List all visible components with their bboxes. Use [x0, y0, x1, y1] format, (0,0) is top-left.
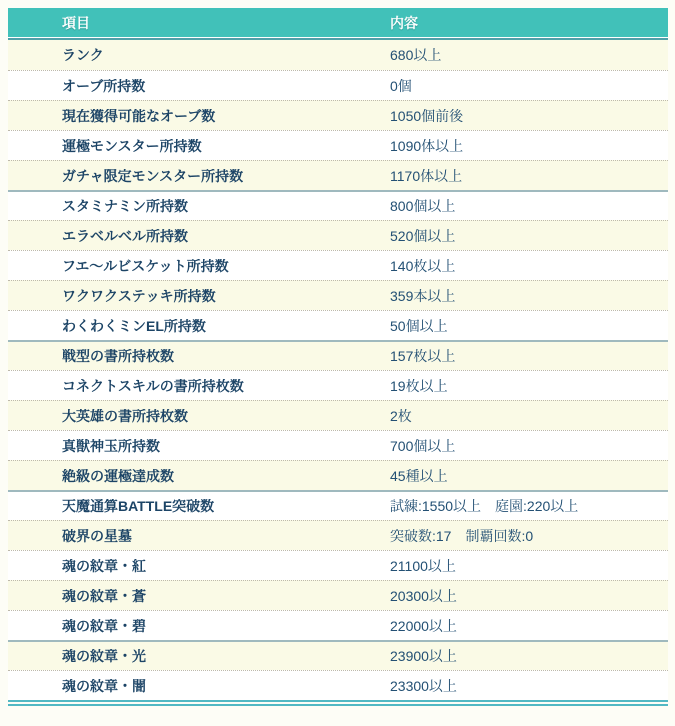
item-value-cell: 680以上 [390, 48, 668, 62]
table-row-2: オーブ所持数 0個 [8, 70, 668, 100]
item-value-cell: 2枚 [390, 409, 668, 423]
table-row-1: ランク 680以上 [8, 40, 668, 70]
table-row-21: 魂の紋章・光 23900以上 [8, 640, 668, 670]
table-row-18: 魂の紋章・紅 21100以上 [8, 550, 668, 580]
table-row-5: ガチャ限定モンスター所持数 1170体以上 [8, 160, 668, 190]
item-value-cell: 21100以上 [390, 559, 668, 573]
table-row-11: 戦型の書所持枚数 157枚以上 [8, 340, 668, 370]
item-value-cell: 140枚以上 [390, 259, 668, 273]
item-label-cell: 魂の紋章・光 [8, 649, 390, 663]
item-value-cell: 157枚以上 [390, 349, 668, 363]
item-label-cell: ワクワクステッキ所持数 [8, 289, 390, 303]
item-label-cell: エラベルベル所持数 [8, 229, 390, 243]
item-label-cell: オーブ所持数 [8, 79, 390, 93]
page: { "page": { "background": "#fdfdf6" }, "… [0, 0, 675, 726]
item-value-cell: 19枚以上 [390, 379, 668, 393]
item-value-cell: 22000以上 [390, 619, 668, 633]
table-row-13: 大英雄の書所持枚数 2枚 [8, 400, 668, 430]
item-label-cell: 戦型の書所持枚数 [8, 349, 390, 363]
item-label-cell: スタミナミン所持数 [8, 199, 390, 213]
item-value-cell: 20300以上 [390, 589, 668, 603]
account-status-table: 項目 内容 ランク 680以上 オーブ所持数 0個 現在獲得可能なオーブ数 10… [8, 8, 668, 706]
item-value-cell: 23300以上 [390, 679, 668, 693]
item-value-cell: 800個以上 [390, 199, 668, 213]
table-header-row: 項目 内容 [8, 8, 668, 38]
item-label-cell: 魂の紋章・蒼 [8, 589, 390, 603]
item-value-cell: 試練:1550以上 庭園:220以上 [390, 499, 668, 513]
item-value-cell: 1090体以上 [390, 139, 668, 153]
item-value-cell: 700個以上 [390, 439, 668, 453]
item-value-cell: 0個 [390, 79, 668, 93]
item-value-cell: 1050個前後 [390, 109, 668, 123]
item-label-cell: 破界の星墓 [8, 529, 390, 543]
table-row-9: ワクワクステッキ所持数 359本以上 [8, 280, 668, 310]
table-row-22: 魂の紋章・闇 23300以上 [8, 670, 668, 700]
item-label-cell: コネクトスキルの書所持枚数 [8, 379, 390, 393]
item-value-cell: 359本以上 [390, 289, 668, 303]
item-label-cell: 現在獲得可能なオーブ数 [8, 109, 390, 123]
item-label-cell: 魂の紋章・闇 [8, 679, 390, 693]
table-row-8: フエ〜ルビスケット所持数 140枚以上 [8, 250, 668, 280]
table-row-16: 天魔通算BATTLE突破数 試練:1550以上 庭園:220以上 [8, 490, 668, 520]
item-label-cell: 大英雄の書所持枚数 [8, 409, 390, 423]
table-body: ランク 680以上 オーブ所持数 0個 現在獲得可能なオーブ数 1050個前後 … [8, 40, 668, 706]
item-label-cell: 絶級の運極達成数 [8, 469, 390, 483]
item-label-cell: 魂の紋章・紅 [8, 559, 390, 573]
item-label-cell: 真獣神玉所持数 [8, 439, 390, 453]
table-row-10: わくわくミンEL所持数 50個以上 [8, 310, 668, 340]
column-header-item: 項目 [8, 16, 390, 30]
table-row-12: コネクトスキルの書所持枚数 19枚以上 [8, 370, 668, 400]
table-row-6: スタミナミン所持数 800個以上 [8, 190, 668, 220]
column-header-content: 内容 [390, 16, 668, 30]
item-value-cell: 突破数:17 制覇回数:0 [390, 529, 668, 543]
item-value-cell: 1170体以上 [390, 169, 668, 183]
item-label-cell: ランク [8, 48, 390, 62]
table-row-17: 破界の星墓 突破数:17 制覇回数:0 [8, 520, 668, 550]
item-label-cell: わくわくミンEL所持数 [8, 319, 390, 333]
item-label-cell: 魂の紋章・碧 [8, 619, 390, 633]
item-value-cell: 520個以上 [390, 229, 668, 243]
table-row-15: 絶級の運極達成数 45種以上 [8, 460, 668, 490]
table-row-3: 現在獲得可能なオーブ数 1050個前後 [8, 100, 668, 130]
table-row-19: 魂の紋章・蒼 20300以上 [8, 580, 668, 610]
item-label-cell: 運極モンスター所持数 [8, 139, 390, 153]
item-value-cell: 50個以上 [390, 319, 668, 333]
table-row-7: エラベルベル所持数 520個以上 [8, 220, 668, 250]
item-value-cell: 23900以上 [390, 649, 668, 663]
table-row-20: 魂の紋章・碧 22000以上 [8, 610, 668, 640]
table-row-14: 真獣神玉所持数 700個以上 [8, 430, 668, 460]
item-value-cell: 45種以上 [390, 469, 668, 483]
item-label-cell: ガチャ限定モンスター所持数 [8, 169, 390, 183]
table-row-4: 運極モンスター所持数 1090体以上 [8, 130, 668, 160]
item-label-cell: 天魔通算BATTLE突破数 [8, 499, 390, 513]
item-label-cell: フエ〜ルビスケット所持数 [8, 259, 390, 273]
